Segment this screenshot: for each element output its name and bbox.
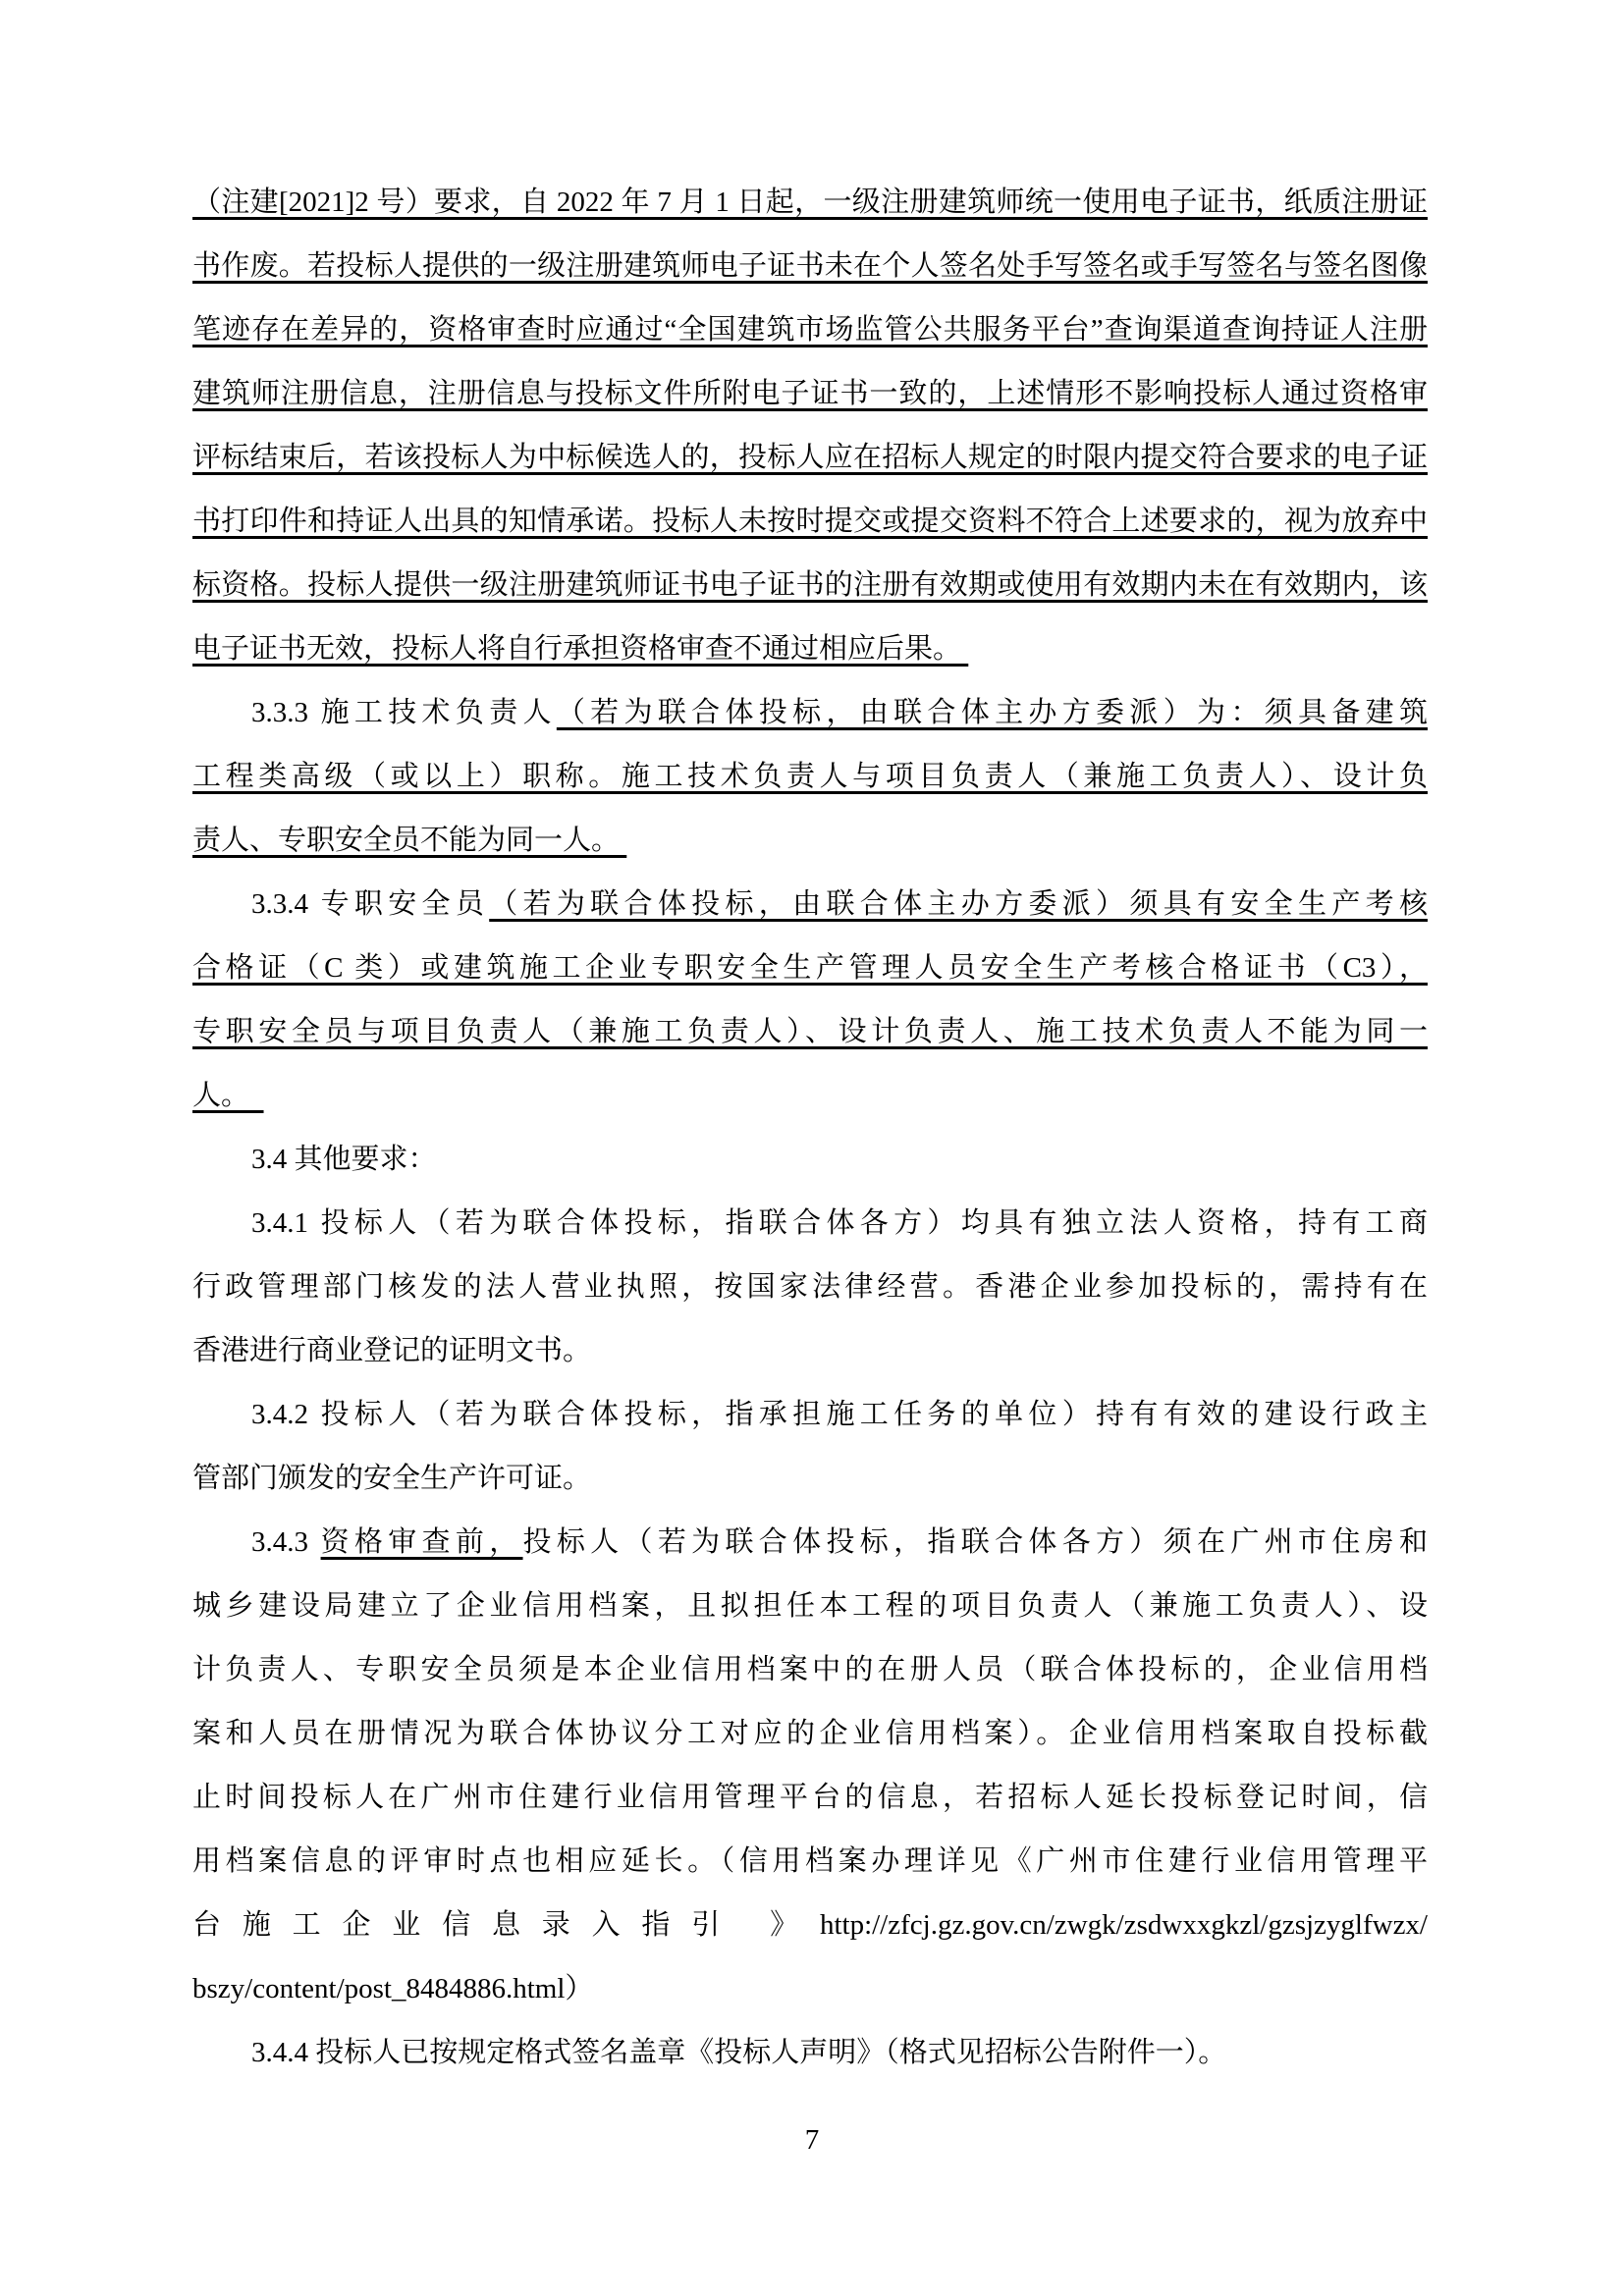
- text-line: 笔迹存在差异的，资格审查时应通过“全国建筑市场监管公共服务平台”查询渠道查询持证…: [192, 298, 1428, 362]
- document-page: （注建[2021]2 号）要求，自 2022 年 7 月 1 日起，一级注册建筑…: [0, 0, 1624, 2296]
- underlined-text-segment: 笔迹存在差异的，资格审查时应通过“全国建筑市场监管公共服务平台”查询渠道查询持证…: [192, 314, 1428, 346]
- page-number: 7: [0, 2120, 1624, 2160]
- text-segment: 用档案信息的评审时点也相应延长。（信用档案办理详见《广州市住建行业信用管理平: [192, 1845, 1428, 1877]
- text-line: 3.4.2 投标人（若为联合体投标，指承担施工任务的单位）持有有效的建设行政主: [192, 1383, 1428, 1447]
- text-segment: 3.4.1 投标人（若为联合体投标，指联合体各方）均具有独立法人资格，持有工商: [251, 1207, 1428, 1239]
- text-line: 书作废。若投标人提供的一级注册建筑师电子证书未在个人签名处手写签名或手写签名与签…: [192, 235, 1428, 298]
- text-line: 责人、专职安全员不能为同一人。: [192, 809, 1428, 873]
- underlined-text-segment: （若为联合体投标，由联合体主办方委派）为：须具备建筑: [557, 697, 1428, 728]
- text-line: 用档案信息的评审时点也相应延长。（信用档案办理详见《广州市住建行业信用管理平: [192, 1830, 1428, 1894]
- underlined-text-segment: 书打印件和持证人出具的知情承诺。投标人未按时提交或提交资料不符合上述要求的，视为…: [192, 506, 1428, 537]
- text-segment: 3.4.3: [251, 1526, 321, 1558]
- text-segment: bszy/content/post_8484886.html）: [192, 1973, 593, 2004]
- text-line: 止时间投标人在广州市住建行业信用管理平台的信息，若招标人延长投标登记时间，信: [192, 1766, 1428, 1830]
- text-line: 3.4 其他要求：: [192, 1128, 1428, 1192]
- document-body: （注建[2021]2 号）要求，自 2022 年 7 月 1 日起，一级注册建筑…: [192, 171, 1428, 2085]
- text-line: 3.4.3 资格审查前，投标人（若为联合体投标，指联合体各方）须在广州市住房和: [192, 1511, 1428, 1575]
- text-segment: 香港进行商业登记的证明文书。: [192, 1335, 591, 1366]
- text-segment: 案和人员在册情况为联合体协议分工对应的企业信用档案）。企业信用档案取自投标截: [192, 1718, 1428, 1749]
- text-line: bszy/content/post_8484886.html）: [192, 1957, 1428, 2021]
- text-line: 3.4.4 投标人已按规定格式签名盖章《投标人声明》（格式见招标公告附件一）。: [192, 2021, 1428, 2085]
- text-line: 行政管理部门核发的法人营业执照，按国家法律经营。香港企业参加投标的，需持有在: [192, 1255, 1428, 1319]
- underlined-text-segment: 合格证（C 类）或建筑施工企业专职安全生产管理人员安全生产考核合格证书（C3），: [192, 952, 1428, 984]
- text-segment: 止时间投标人在广州市住建行业信用管理平台的信息，若招标人延长投标登记时间，信: [192, 1782, 1428, 1813]
- text-line: 评标结束后，若该投标人为中标候选人的，投标人应在招标人规定的时限内提交符合要求的…: [192, 426, 1428, 490]
- text-segment: 3.4 其他要求：: [251, 1144, 437, 1175]
- text-line: 城乡建设局建立了企业信用档案，且拟担任本工程的项目负责人（兼施工负责人）、设: [192, 1575, 1428, 1638]
- underlined-text-segment: 专职安全员与项目负责人（兼施工负责人）、设计负责人、施工技术负责人不能为同一: [192, 1016, 1428, 1047]
- text-line: （注建[2021]2 号）要求，自 2022 年 7 月 1 日起，一级注册建筑…: [192, 171, 1428, 235]
- text-line: 管部门颁发的安全生产许可证。: [192, 1447, 1428, 1511]
- text-line: 3.3.4 专职安全员（若为联合体投标，由联合体主办方委派）须具有安全生产考核: [192, 873, 1428, 936]
- underlined-text-segment: 人。: [192, 1080, 264, 1111]
- text-line: 计负责人、专职安全员须是本企业信用档案中的在册人员（联合体投标的，企业信用档: [192, 1638, 1428, 1702]
- text-segment: 3.4.2 投标人（若为联合体投标，指承担施工任务的单位）持有有效的建设行政主: [251, 1399, 1428, 1430]
- underlined-text-segment: （注建[2021]2 号）要求，自 2022 年 7 月 1 日起，一级注册建筑…: [192, 187, 1428, 218]
- text-segment: 计负责人、专职安全员须是本企业信用档案中的在册人员（联合体投标的，企业信用档: [192, 1654, 1428, 1685]
- underlined-text-segment: 评标结束后，若该投标人为中标候选人的，投标人应在招标人规定的时限内提交符合要求的…: [192, 442, 1428, 473]
- text-line: 人。: [192, 1064, 1428, 1128]
- text-line: 3.4.1 投标人（若为联合体投标，指联合体各方）均具有独立法人资格，持有工商: [192, 1192, 1428, 1255]
- text-segment: 管部门颁发的安全生产许可证。: [192, 1463, 591, 1494]
- text-segment: 行政管理部门核发的法人营业执照，按国家法律经营。香港企业参加投标的，需持有在: [192, 1271, 1428, 1303]
- text-segment: 投标人（若为联合体投标，指联合体各方）须在广州市住房和: [523, 1526, 1428, 1558]
- text-line: 书打印件和持证人出具的知情承诺。投标人未按时提交或提交资料不符合上述要求的，视为…: [192, 490, 1428, 554]
- underlined-text-segment: 责人、专职安全员不能为同一人。: [192, 825, 626, 856]
- underlined-text-segment: 电子证书无效，投标人将自行承担资格审查不通过相应后果。: [192, 633, 968, 665]
- text-line: 建筑师注册信息，注册信息与投标文件所附电子证书一致的，上述情形不影响投标人通过资…: [192, 362, 1428, 426]
- text-segment: 3.4.4 投标人已按规定格式签名盖章《投标人声明》（格式见招标公告附件一）。: [251, 2037, 1226, 2068]
- text-segment: 台施工企业信息录入指引 》http://zfcj.gz.gov.cn/zwgk/…: [192, 1909, 1428, 1941]
- text-line: 标资格。投标人提供一级注册建筑师证书电子证书的注册有效期或使用有效期内未在有效期…: [192, 554, 1428, 617]
- underlined-text-segment: 标资格。投标人提供一级注册建筑师证书电子证书的注册有效期或使用有效期内未在有效期…: [192, 569, 1428, 601]
- text-line: 电子证书无效，投标人将自行承担资格审查不通过相应后果。: [192, 617, 1428, 681]
- text-segment: 3.3.4 专职安全员: [251, 888, 489, 920]
- text-line: 案和人员在册情况为联合体协议分工对应的企业信用档案）。企业信用档案取自投标截: [192, 1702, 1428, 1766]
- text-segment: 3.3.3 施工技术负责人: [251, 697, 557, 728]
- text-line: 台施工企业信息录入指引 》http://zfcj.gz.gov.cn/zwgk/…: [192, 1894, 1428, 1957]
- text-segment: 城乡建设局建立了企业信用档案，且拟担任本工程的项目负责人（兼施工负责人）、设: [192, 1590, 1428, 1622]
- text-line: 3.3.3 施工技术负责人（若为联合体投标，由联合体主办方委派）为：须具备建筑: [192, 681, 1428, 745]
- text-line: 香港进行商业登记的证明文书。: [192, 1319, 1428, 1383]
- underlined-text-segment: （若为联合体投标，由联合体主办方委派）须具有安全生产考核: [489, 888, 1428, 920]
- underlined-text-segment: 建筑师注册信息，注册信息与投标文件所附电子证书一致的，上述情形不影响投标人通过资…: [192, 378, 1428, 426]
- text-line: 工程类高级（或以上）职称。施工技术负责人与项目负责人（兼施工负责人）、设计负: [192, 745, 1428, 809]
- underlined-text-segment: 资格审查前，: [321, 1526, 523, 1558]
- text-line: 专职安全员与项目负责人（兼施工负责人）、设计负责人、施工技术负责人不能为同一: [192, 1000, 1428, 1064]
- underlined-text-segment: 书作废。若投标人提供的一级注册建筑师电子证书未在个人签名处手写签名或手写签名与签…: [192, 250, 1428, 282]
- text-line: 合格证（C 类）或建筑施工企业专职安全生产管理人员安全生产考核合格证书（C3），: [192, 936, 1428, 1000]
- underlined-text-segment: 工程类高级（或以上）职称。施工技术负责人与项目负责人（兼施工负责人）、设计负: [192, 761, 1428, 792]
